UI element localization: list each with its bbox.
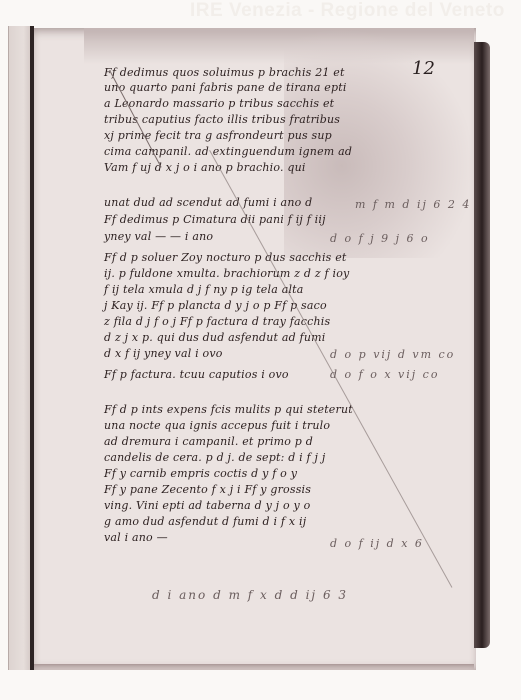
amount: d o f ij d x 6 (330, 537, 424, 550)
text-line: z fila d j f o j Ff p factura d tray fac… (104, 315, 330, 328)
text-line: g amo dud asfendut d fumi d i f x ij (104, 515, 306, 528)
text-line: unat dud ad scendut ad fumi i ano d (104, 196, 312, 209)
text-line: yney val — — i ano (104, 230, 213, 243)
text-line: Vam f uj d x j o i ano p brachio. qui (104, 161, 306, 174)
text-line: ij. p fuldone xmulta. brachiorum z d z f… (104, 267, 349, 280)
text-line: Ff dedimus quos soluimus p brachis 21 et (104, 66, 345, 79)
text-line: Ff d p ints expens fcis mulits p qui ste… (104, 403, 353, 416)
text-line: val i ano — (104, 531, 168, 544)
text-line: xj prime fecit tra g asfrondeurt pus sup (104, 129, 332, 142)
text-line: Ff y pane Zecento f x j i Ff y grossis (104, 483, 311, 496)
text-line: f ij tela xmula d j f ny p ig tela alta (104, 283, 304, 296)
text-line: ad dremura i campanil. et primo p d (104, 435, 313, 448)
page-fore-edge (474, 42, 490, 648)
photograph-frame: IRE Venezia - Regione del Veneto 12 Ff d… (0, 0, 521, 700)
text-line: Ff y carnib empris coctis d y f o y (104, 467, 297, 480)
text-line: d x f ij yney val i ovo (104, 347, 223, 360)
total-line: d i ano d m f x d d ij 6 3 (152, 588, 348, 602)
text-line: tribus caputius facto illis tribus fratr… (104, 113, 340, 126)
folio-number: 12 (412, 58, 435, 79)
page-bottom-shadow (34, 664, 474, 670)
text-line: uno quarto pani fabris pane de tirana ep… (104, 81, 347, 94)
amount: m f m d ij 6 2 4 (355, 198, 471, 211)
text-line: cima campanil. ad extinguendum ignem ad (104, 145, 352, 158)
amount: d o f j 9 j 6 o (330, 232, 430, 245)
amount: d o f o x vij co (330, 368, 439, 381)
text-line: ving. Vini epti ad taberna d y j o y o (104, 499, 310, 512)
text-line: Ff d p soluer Zoy nocturo p dus sacchis … (104, 251, 347, 264)
text-line: candelis de cera. p d j. de sept: d i f … (104, 451, 325, 464)
text-line: Ff p factura. tcuu caputios i ovo (104, 368, 289, 381)
text-line: d z j x p. qui dus dud asfendut ad fumi (104, 331, 325, 344)
text-line: Ff dedimus p Cimatura dii pani f ij f ii… (104, 213, 326, 226)
watermark: IRE Venezia - Regione del Veneto (190, 0, 505, 22)
amount: d o p vij d vm co (330, 348, 455, 361)
text-line: a Leonardo massario p tribus sacchis et (104, 97, 334, 110)
text-line: una nocte qua ignis accepus fuit i trulo (104, 419, 330, 432)
